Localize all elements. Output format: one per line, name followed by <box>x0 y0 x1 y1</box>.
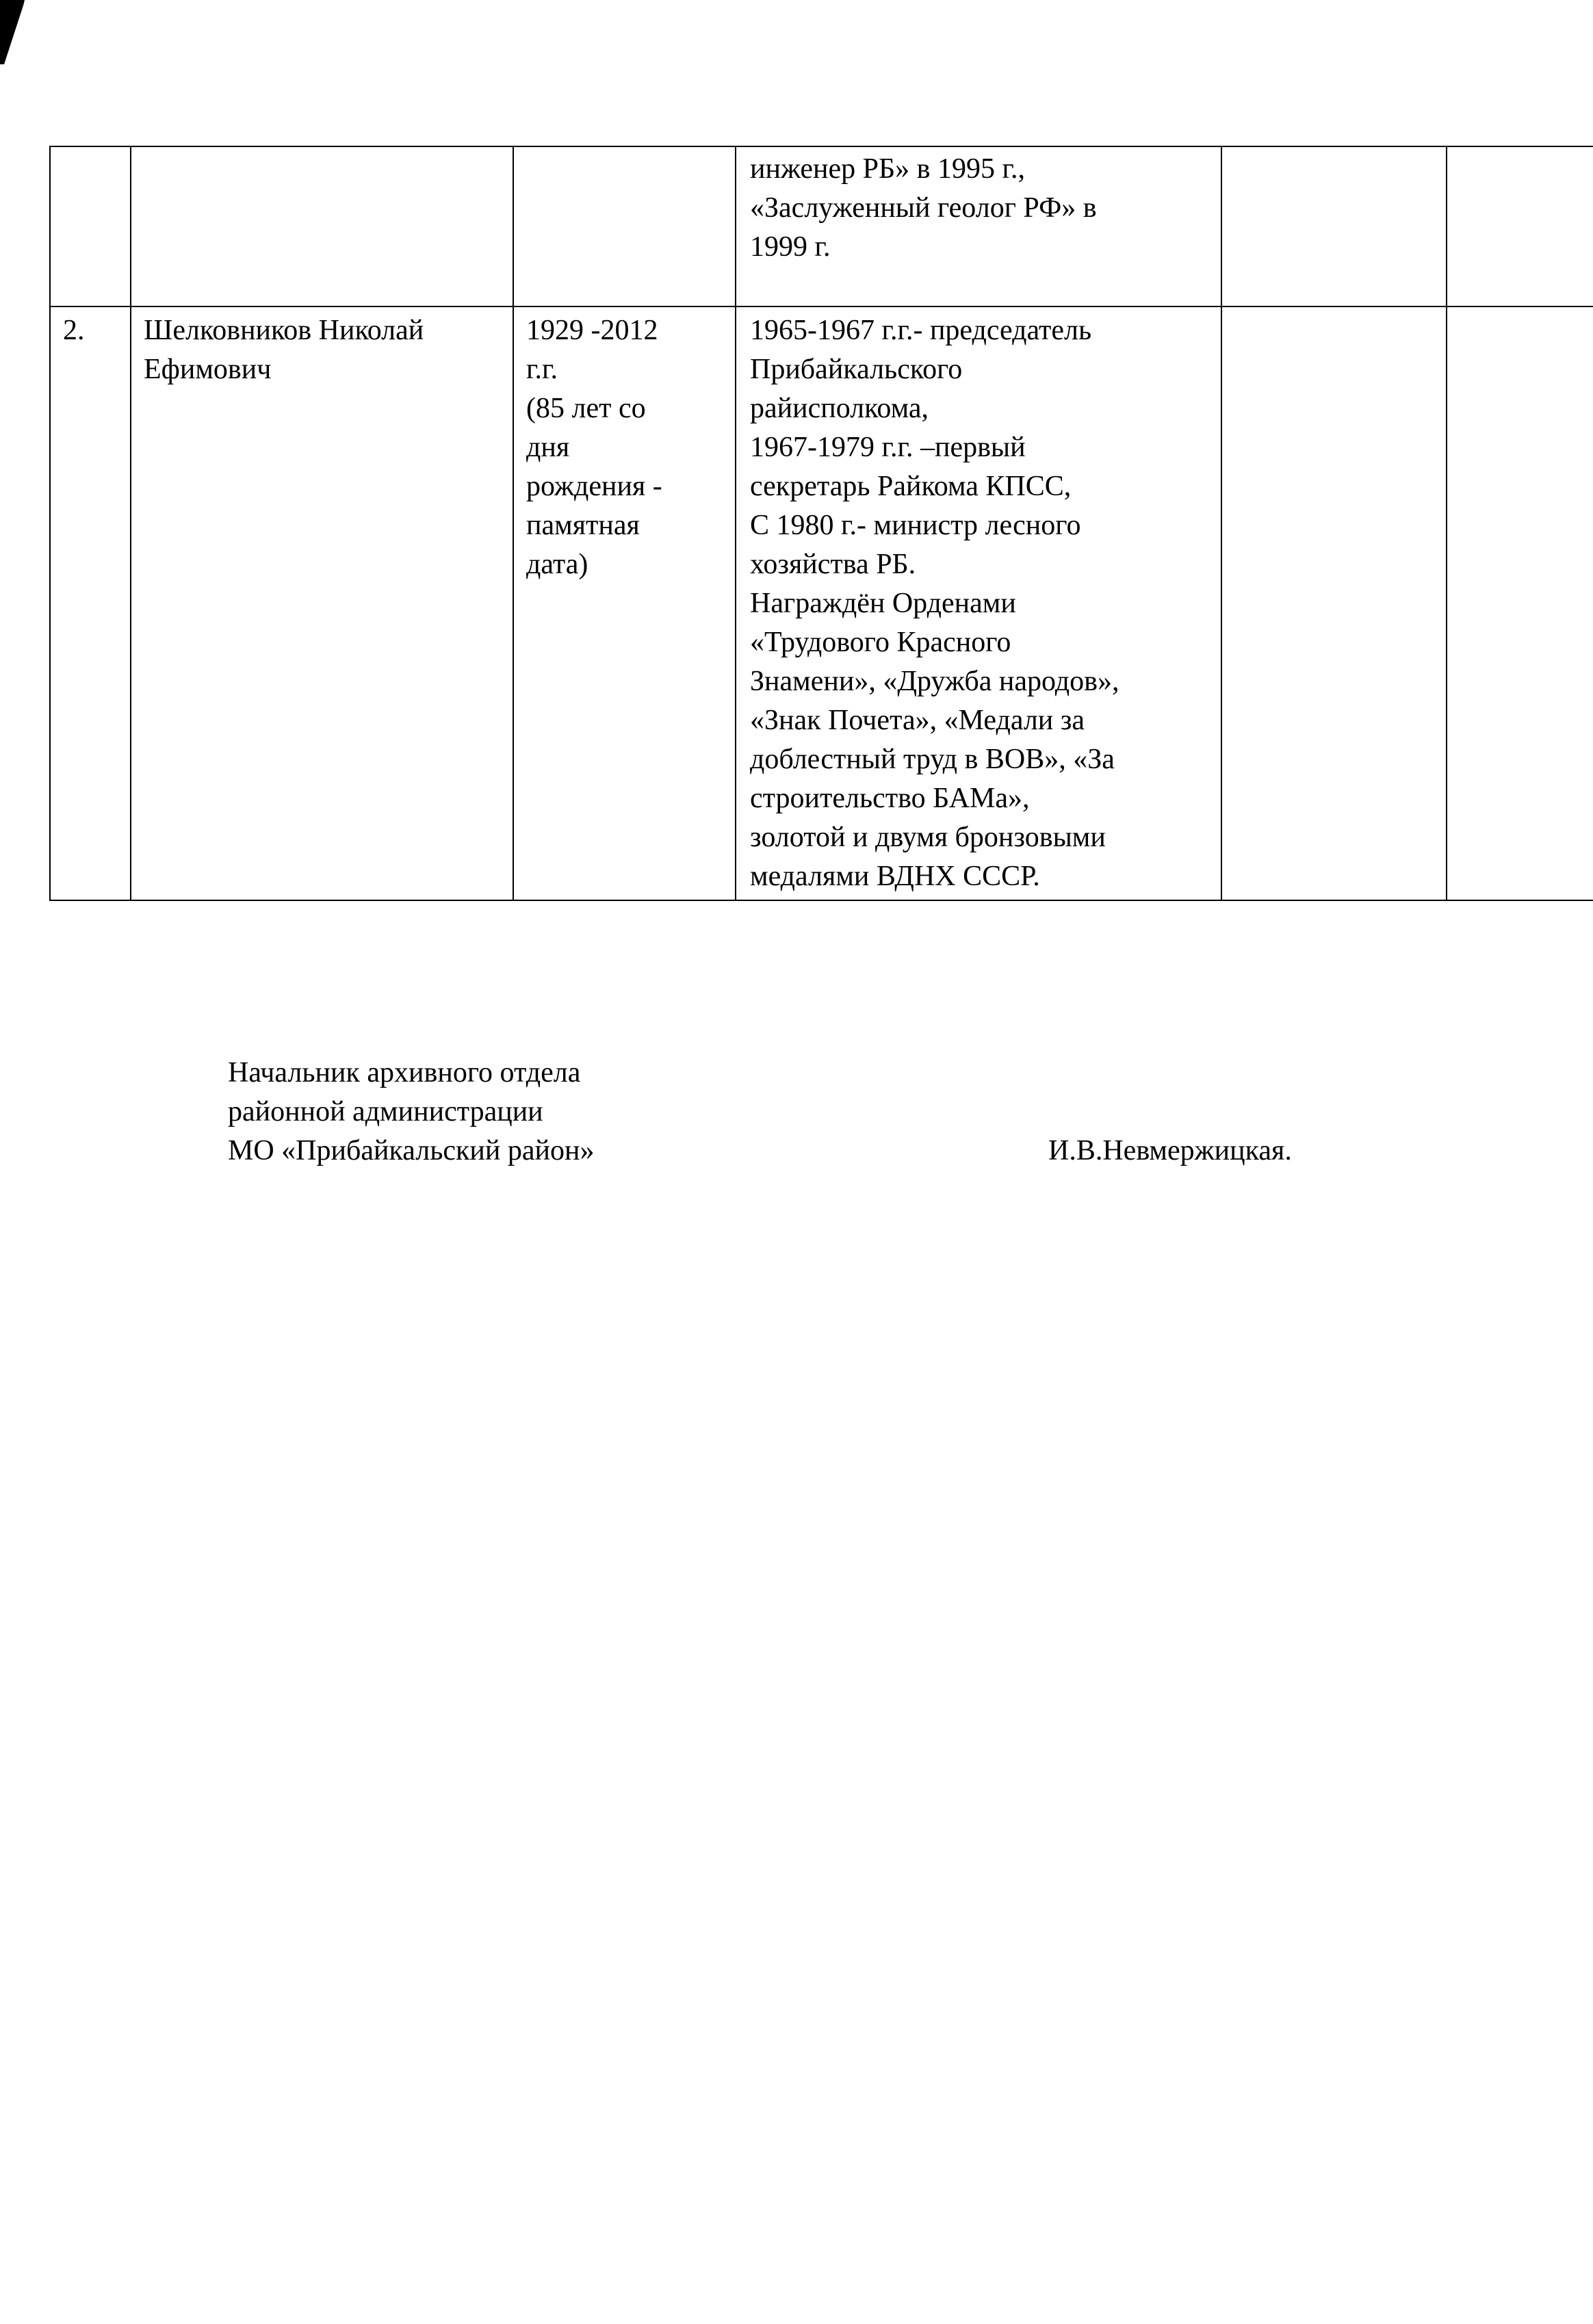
empty-cell <box>1221 306 1447 900</box>
empty-cell <box>1221 146 1447 306</box>
honorees-table: инженер РБ» в 1995 г., «Заслуженный геол… <box>49 146 1593 901</box>
row-number <box>50 146 131 306</box>
life-dates <box>513 146 736 306</box>
signature-title: Начальник архивного отдела районной адми… <box>228 1054 594 1171</box>
biography: 1965-1967 г.г.- председатель Прибайкальс… <box>736 306 1221 900</box>
signature-title-line: МО «Прибайкальский район» <box>228 1132 594 1171</box>
biography: инженер РБ» в 1995 г., «Заслуженный геол… <box>736 146 1221 306</box>
row-number: 2. <box>50 306 131 900</box>
signature-title-line: Начальник архивного отдела <box>228 1054 594 1093</box>
table-row: инженер РБ» в 1995 г., «Заслуженный геол… <box>50 146 1593 306</box>
life-dates: 1929 -2012 г.г. (85 лет со дня рождения … <box>513 306 736 900</box>
empty-cell <box>1447 146 1593 306</box>
signature-title-line: районной администрации <box>228 1093 594 1132</box>
scan-edge-mark <box>0 0 25 64</box>
person-name: Шелковников Николай Ефимович <box>131 306 513 900</box>
signer-name: И.В.Невмержицкая. <box>1048 1132 1292 1171</box>
empty-cell <box>1447 306 1593 900</box>
person-name <box>131 146 513 306</box>
table-row: 2. Шелковников Николай Ефимович 1929 -20… <box>50 306 1593 900</box>
